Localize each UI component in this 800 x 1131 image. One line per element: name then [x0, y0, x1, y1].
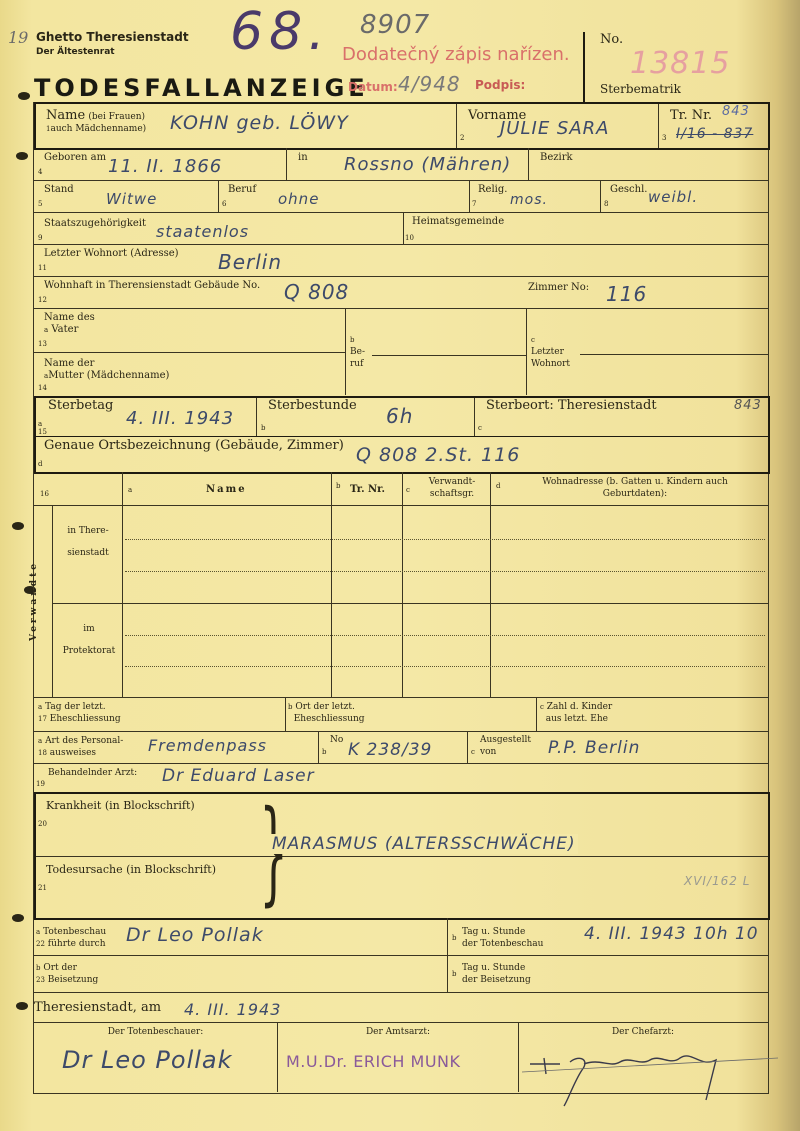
- row-line: [34, 992, 768, 993]
- verwandte-label: Verwandte: [28, 561, 40, 641]
- relig-value[interactable]: mos.: [510, 192, 548, 208]
- zimmer-label: Zimmer No:: [528, 282, 589, 294]
- geschl-label: Geschl.: [610, 184, 647, 196]
- row-line: [36, 436, 768, 437]
- ausweis-no-value[interactable]: K 238/39: [348, 740, 432, 760]
- ausweis-art-value[interactable]: Fremdenpass: [148, 736, 267, 755]
- corner-pencil-mark: 19: [8, 28, 28, 47]
- sterbeort-label: Sterbeort: Theresienstadt: [486, 400, 657, 412]
- totenbeschau-tag-label: Tag u. Stunde der Totenbeschau: [462, 926, 543, 950]
- beruf-label: Beruf: [228, 184, 256, 196]
- letzter-wohnort-value[interactable]: Berlin: [218, 250, 282, 274]
- row-line: [34, 276, 768, 277]
- col-header-tr-nr: Tr. Nr.: [350, 484, 385, 496]
- row-line: [34, 244, 768, 245]
- chefarzt-signature: [520, 1040, 780, 1110]
- divider: [456, 104, 457, 148]
- vater-label: Name des a Vater: [44, 312, 95, 336]
- amtsarzt-stamp: M.U.Dr. ERICH MUNK: [286, 1052, 461, 1071]
- col-divider: [490, 472, 491, 697]
- sterbetag-value[interactable]: 4. III. 1943: [126, 408, 234, 429]
- divider: [469, 181, 470, 212]
- signature-label-totenbeschauer: Der Totenbeschauer:: [34, 1026, 277, 1038]
- punch-hole: [12, 522, 24, 530]
- vorname-value[interactable]: JULIE SARA: [500, 118, 609, 139]
- ausgestellt-label: Ausgestellt von: [480, 734, 531, 758]
- table-bottom-line: [34, 697, 768, 698]
- org-council: Der Ältestenrat: [36, 47, 115, 57]
- punch-hole: [16, 152, 28, 160]
- table-header-line: [34, 505, 768, 506]
- divider: [218, 181, 219, 212]
- table-row[interactable]: [125, 539, 765, 540]
- totenbeschau-label: a Totenbeschau 22 führte durch: [36, 926, 106, 950]
- kinder-label: c Zahl d. Kinder aus letzt. Ehe: [540, 701, 612, 725]
- col-divider: [122, 472, 123, 697]
- stamp-podpis-label: Podpis:: [475, 78, 525, 92]
- stamp-datum-value: 4/948: [398, 72, 461, 96]
- handwritten-ref: 8907: [360, 10, 430, 40]
- relig-label: Relig.: [478, 184, 507, 196]
- beruf-line: [372, 355, 526, 356]
- ehe-tag-label: a Tag der letzt. 17 Eheschliessung: [38, 701, 121, 725]
- eltern-beruf-label: Be- ruf: [350, 346, 365, 370]
- divider: [256, 398, 257, 436]
- bezirk-label: Bezirk: [540, 152, 573, 164]
- table-row[interactable]: [125, 666, 765, 667]
- no-value: 13815: [630, 46, 730, 81]
- name-value[interactable]: KOHN geb. LÖWY: [170, 112, 349, 134]
- beisetzung-label: b Ort der 23 Beisetzung: [36, 962, 98, 986]
- place-date-label: Theresienstadt, am: [34, 1002, 161, 1014]
- sterbetag-label: Sterbetag: [48, 400, 113, 412]
- ausgestellt-value[interactable]: P.P. Berlin: [548, 738, 640, 758]
- stamp-datum-label: Datum:: [348, 80, 398, 94]
- eltern-wohnort-label: Letzter Wohnort: [531, 346, 570, 370]
- heimatsgemeinde-label: Heimatsgemeinde: [412, 216, 504, 228]
- geboren-value[interactable]: 11. II. 1866: [108, 156, 222, 177]
- krankheit-label: Krankheit (in Blockschrift): [46, 800, 195, 812]
- divider: [536, 698, 537, 731]
- group-theresienstadt: in There-sienstadt: [58, 520, 118, 564]
- divider: [318, 732, 319, 763]
- row-line: [36, 856, 768, 857]
- signature-totenbeschauer: Dr Leo Pollak: [62, 1046, 233, 1074]
- ortsbezeichnung-label: Genaue Ortsbezeichnung (Gebäude, Zimmer): [44, 440, 344, 452]
- krankheit-value[interactable]: MARASMUS (ALTERSSCHWÄCHE): [270, 834, 578, 854]
- name-label: Name (bei Frauen) 1auch Mädchenname): [46, 110, 146, 135]
- col-divider: [402, 472, 403, 697]
- staatszugehoerigkeit-value[interactable]: staatenlos: [156, 222, 249, 241]
- in-label: in: [298, 152, 308, 164]
- row-line: [34, 763, 768, 764]
- place-date-value[interactable]: 4. III. 1943: [184, 1000, 281, 1019]
- side-divider: [52, 505, 53, 697]
- letzter-wohnort-label: Letzter Wohnort (Adresse): [44, 248, 179, 260]
- geschl-value[interactable]: weibl.: [648, 188, 698, 206]
- stand-label: Stand: [44, 184, 74, 196]
- sterbestunde-value[interactable]: 6h: [386, 404, 413, 428]
- signature-label-chefarzt: Der Chefarzt:: [519, 1026, 767, 1038]
- totenbeschau-value[interactable]: Dr Leo Pollak: [126, 924, 264, 946]
- col-header-verwandtschaft: Verwandt-schaftsgr.: [416, 476, 488, 500]
- row-line: [34, 180, 768, 181]
- tr-nr-value[interactable]: I/16 - 837: [676, 126, 753, 142]
- sterbestunde-label: Sterbestunde: [268, 400, 357, 412]
- row-line: [34, 955, 768, 956]
- row-line: [34, 352, 346, 353]
- zimmer-value[interactable]: 116: [606, 282, 647, 306]
- signature-label-amtsarzt: Der Amtsarzt:: [278, 1026, 518, 1038]
- divider: [474, 398, 475, 436]
- beruf-value[interactable]: ohne: [278, 190, 319, 208]
- sterbeort-annotation: 843: [734, 398, 762, 413]
- table-row[interactable]: [125, 571, 765, 572]
- divider: [528, 148, 529, 180]
- no-label: No.: [600, 32, 623, 47]
- group-protektorat: im Protektorat: [58, 618, 120, 662]
- divider: [285, 698, 286, 731]
- row-line: [34, 308, 768, 309]
- punch-hole: [18, 92, 30, 100]
- ortsbezeichnung-value[interactable]: Q 808 2.St. 116: [356, 444, 520, 466]
- divider: [447, 918, 448, 992]
- tr-nr-label: Tr. Nr.: [670, 110, 712, 122]
- ehe-ort-label: b Ort der letzt. Eheschliessung: [288, 701, 365, 725]
- arzt-value[interactable]: Dr Eduard Laser: [162, 766, 315, 786]
- punch-hole: [16, 1002, 28, 1010]
- birthplace-value[interactable]: Rossno (Mähren): [344, 154, 511, 175]
- todesursache-label: Todesursache (in Blockschrift): [46, 864, 216, 876]
- pencil-note: XVI/162 L: [684, 874, 750, 888]
- totenbeschau-tag-value[interactable]: 4. III. 1943 10h 10: [584, 924, 759, 944]
- org-name: Ghetto Theresienstadt: [36, 30, 189, 44]
- divider: [403, 213, 404, 244]
- row-line: [34, 731, 768, 732]
- ausweis-no-label: No: [330, 734, 343, 746]
- col-divider: [331, 472, 332, 697]
- wohnhaft-value[interactable]: Q 808: [284, 280, 349, 304]
- beisetzung-tag-label: Tag u. Stunde der Beisetzung: [462, 962, 531, 986]
- header-divider: [583, 32, 585, 102]
- col-header-name: Name: [206, 484, 247, 496]
- ausweis-art-label: a Art des Personal- 18 ausweises: [38, 735, 123, 759]
- divider: [658, 104, 659, 148]
- wohnort-line: [580, 354, 768, 355]
- row-line: [34, 212, 768, 213]
- col-header-wohnadresse: Wohnadresse (b. Gatten u. Kindern auch G…: [530, 476, 740, 500]
- punch-hole: [12, 914, 24, 922]
- handwritten-number: 68.: [230, 2, 331, 62]
- divider: [286, 148, 287, 180]
- divider: [467, 732, 468, 763]
- wohnhaft-label: Wohnhaft in Therensienstadt Gebäude No.: [44, 280, 260, 292]
- arzt-label: Behandelnder Arzt:: [48, 767, 137, 779]
- staatszugehoerigkeit-label: Staatszugehörigkeit: [44, 218, 146, 230]
- mutter-label: Name der aMutter (Mädchenname): [44, 358, 169, 382]
- table-row[interactable]: [125, 635, 765, 636]
- geboren-label: Geboren am: [44, 152, 106, 164]
- divider: [526, 309, 527, 395]
- supplementary-entry-stamp: Dodatečný zápis nařízen.: [342, 44, 570, 65]
- sterbematrik-label: Sterbematrik: [600, 82, 681, 96]
- stand-value[interactable]: Witwe: [106, 190, 157, 208]
- document-title: TODESFALLANZEIGE: [34, 74, 369, 102]
- group-divider: [52, 603, 768, 604]
- divider: [600, 181, 601, 212]
- tr-nr-correction: 843: [722, 104, 750, 119]
